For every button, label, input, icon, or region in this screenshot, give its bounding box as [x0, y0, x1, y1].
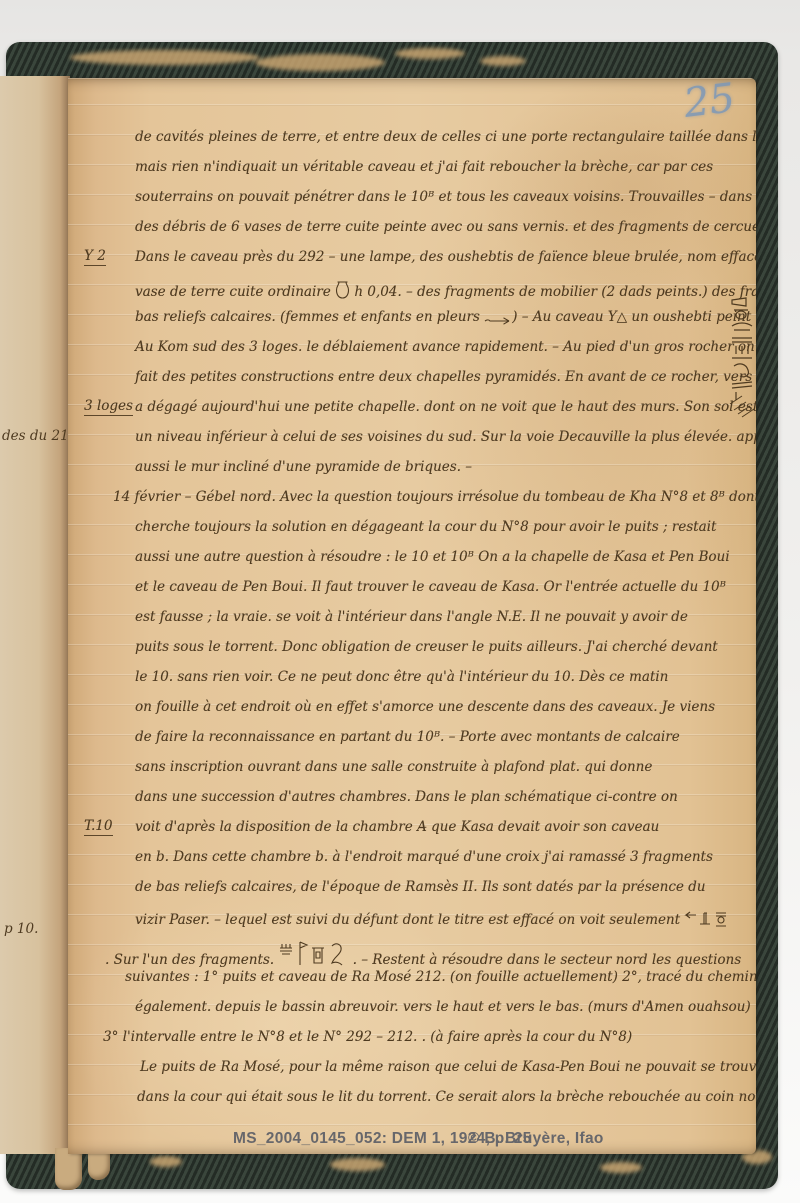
hiero1-sketch [684, 910, 728, 928]
manuscript-text: vizir Paser. – lequel est suivi du défun… [135, 912, 684, 928]
manuscript-line: . Sur l'un des fragments. . – Restent à … [105, 940, 741, 968]
manuscript-text: ) – Au caveau Y△ un oushebti peint blanc [512, 309, 756, 325]
notebook-page: 25 de cavités pleines de terre, et entre… [68, 78, 756, 1154]
manuscript-text: est fausse ; la vraie. se voit à l'intér… [135, 609, 688, 625]
manuscript-text: voit d'après la disposition de la chambr… [135, 819, 659, 835]
hiero2-sketch [278, 940, 348, 968]
manuscript-line: également. depuis le bassin abreuvoir. v… [135, 1000, 751, 1015]
manuscript-text: en b. Dans cette chambre b. à l'endroit … [135, 849, 713, 865]
manuscript-text: de bas reliefs calcaires, de l'époque de… [135, 879, 706, 895]
page-number: 25 [681, 78, 737, 127]
cover-wear-patch [150, 1156, 182, 1167]
manuscript-text: le 10. sans rien voir. Ce ne peut donc ê… [135, 669, 668, 685]
torn-page-fragment [55, 1148, 82, 1190]
manuscript-text: et le caveau de Pen Boui. Il faut trouve… [135, 579, 726, 595]
manuscript-line: dans la cour qui était sous le lit du to… [137, 1090, 756, 1105]
manuscript-text: un niveau inférieur à celui de ses voisi… [135, 429, 756, 445]
manuscript-text: Le puits de Ra Mosé, pour la même raison… [140, 1059, 756, 1075]
manuscript-text: puits sous le torrent. Donc obligation d… [135, 639, 718, 655]
cover-wear-patch [330, 1158, 385, 1171]
manuscript-line: souterrains on pouvait pénétrer dans le … [135, 190, 756, 205]
margin-note: Y 2 [84, 249, 106, 266]
manuscript-line: Y 2Dans le caveau près du 292 – une lamp… [135, 250, 756, 265]
manuscript-text: Dans le caveau près du 292 – une lampe, … [135, 249, 756, 265]
manuscript-line: de cavités pleines de terre, et entre de… [135, 130, 756, 145]
manuscript-line: dans une succession d'autres chambres. D… [135, 790, 678, 805]
manuscript-line: vase de terre cuite ordinaire h 0,04. – … [135, 280, 756, 300]
manuscript-text: . Sur l'un des fragments. [105, 952, 278, 968]
manuscript-text: bas reliefs calcaires. (femmes et enfant… [135, 309, 484, 325]
manuscript-line: mais rien n'indiquait un véritable cavea… [135, 160, 713, 175]
manuscript-line: puits sous le torrent. Donc obligation d… [135, 640, 718, 655]
manuscript-text: vase de terre cuite ordinaire [135, 284, 335, 300]
manuscript-line: Au Kom sud des 3 loges. le déblaiement a… [135, 340, 756, 355]
manuscript-line: suivantes : 1° puits et caveau de Ra Mos… [125, 970, 756, 985]
manuscript-line: fait des petites constructions entre deu… [135, 370, 756, 385]
manuscript-text: 3° l'intervalle entre le N°8 et le N° 29… [103, 1029, 632, 1045]
manuscript-text: de faire la reconnaissance en partant du… [135, 729, 680, 745]
manuscript-line: un niveau inférieur à celui de ses voisi… [135, 430, 756, 445]
manuscript-text: . – Restent à résoudre dans le secteur n… [348, 952, 741, 968]
manuscript-text: souterrains on pouvait pénétrer dans le … [135, 189, 756, 205]
manuscript-text: suivantes : 1° puits et caveau de Ra Mos… [125, 969, 756, 985]
manuscript-text: h 0,04. – des fragments de mobilier (2 d… [350, 284, 756, 300]
manuscript-line: de faire la reconnaissance en partant du… [135, 730, 680, 745]
manuscript-text: également. depuis le bassin abreuvoir. v… [135, 999, 751, 1015]
manuscript-line: aussi une autre question à résoudre : le… [135, 550, 730, 565]
gutter-fragment: p 10. [4, 921, 38, 937]
manuscript-text: dans une succession d'autres chambres. D… [135, 789, 678, 805]
manuscript-line: est fausse ; la vraie. se voit à l'intér… [135, 610, 688, 625]
cover-wear-patch [395, 48, 465, 59]
manuscript-line: 14 février – Gébel nord. Avec la questio… [113, 490, 756, 505]
manuscript-text: a dégagé aujourd'hui une petite chapelle… [135, 399, 756, 415]
manuscript-line: vizir Paser. – lequel est suivi du défun… [135, 910, 728, 928]
manuscript-text: on fouille à cet endroit où en effet s'a… [135, 699, 715, 715]
page-stack-edge: des du 216. p 10. [0, 76, 70, 1154]
manuscript-line: sans inscription ouvrant dans une salle … [135, 760, 652, 775]
cover-wear-patch [480, 56, 526, 66]
manuscript-line: et le caveau de Pen Boui. Il faut trouve… [135, 580, 726, 595]
manuscript-scan: des du 216. p 10. 25 de cavités pleines … [0, 0, 800, 1203]
manuscript-line: T.10voit d'après la disposition de la ch… [135, 820, 659, 835]
vase-sketch [335, 280, 350, 300]
cover-wear-patch [255, 54, 385, 71]
manuscript-line: on fouille à cet endroit où en effet s'a… [135, 700, 715, 715]
manuscript-text: 14 février – Gébel nord. Avec la questio… [113, 489, 756, 505]
hieroglyph-column-sketch [726, 296, 762, 418]
manuscript-text: sans inscription ouvrant dans une salle … [135, 759, 652, 775]
manuscript-line: 3 logesa dégagé aujourd'hui une petite c… [135, 400, 756, 415]
copyright-credit: © B. Bruyère, Ifao [468, 1130, 604, 1148]
manuscript-line: de bas reliefs calcaires, de l'époque de… [135, 880, 706, 895]
manuscript-line: aussi le mur incliné d'une pyramide de b… [135, 460, 472, 475]
manuscript-line: le 10. sans rien voir. Ce ne peut donc ê… [135, 670, 668, 685]
margin-note: T.10 [84, 819, 113, 836]
cover-wear-patch [70, 50, 260, 65]
manuscript-line: Le puits de Ra Mosé, pour la même raison… [140, 1060, 756, 1075]
text-area: de cavités pleines de terre, et entre de… [105, 130, 756, 1142]
manuscript-text: Au Kom sud des 3 loges. le déblaiement a… [135, 339, 756, 355]
manuscript-text: de cavités pleines de terre, et entre de… [135, 129, 756, 145]
manuscript-text: cherche toujours la solution en dégagean… [135, 519, 716, 535]
manuscript-text: dans la cour qui était sous le lit du to… [137, 1089, 756, 1105]
manuscript-line: en b. Dans cette chambre b. à l'endroit … [135, 850, 713, 865]
cover-wear-patch [600, 1162, 642, 1173]
manuscript-text: mais rien n'indiquait un véritable cavea… [135, 159, 713, 175]
manuscript-line: bas reliefs calcaires. (femmes et enfant… [135, 310, 756, 325]
arrow-sketch [484, 316, 512, 325]
manuscript-line: 3° l'intervalle entre le N°8 et le N° 29… [103, 1030, 632, 1045]
manuscript-text: aussi le mur incliné d'une pyramide de b… [135, 459, 472, 475]
manuscript-text: fait des petites constructions entre deu… [135, 369, 756, 385]
margin-note: 3 loges [84, 399, 133, 416]
manuscript-line: cherche toujours la solution en dégagean… [135, 520, 716, 535]
manuscript-text: des débris de 6 vases de terre cuite pei… [135, 219, 756, 235]
manuscript-text: aussi une autre question à résoudre : le… [135, 549, 730, 565]
manuscript-line: des débris de 6 vases de terre cuite pei… [135, 220, 756, 235]
scan-caption-bar: MS_2004_0145_052: DEM 1, 1924, p. 25 © B… [0, 1128, 800, 1154]
